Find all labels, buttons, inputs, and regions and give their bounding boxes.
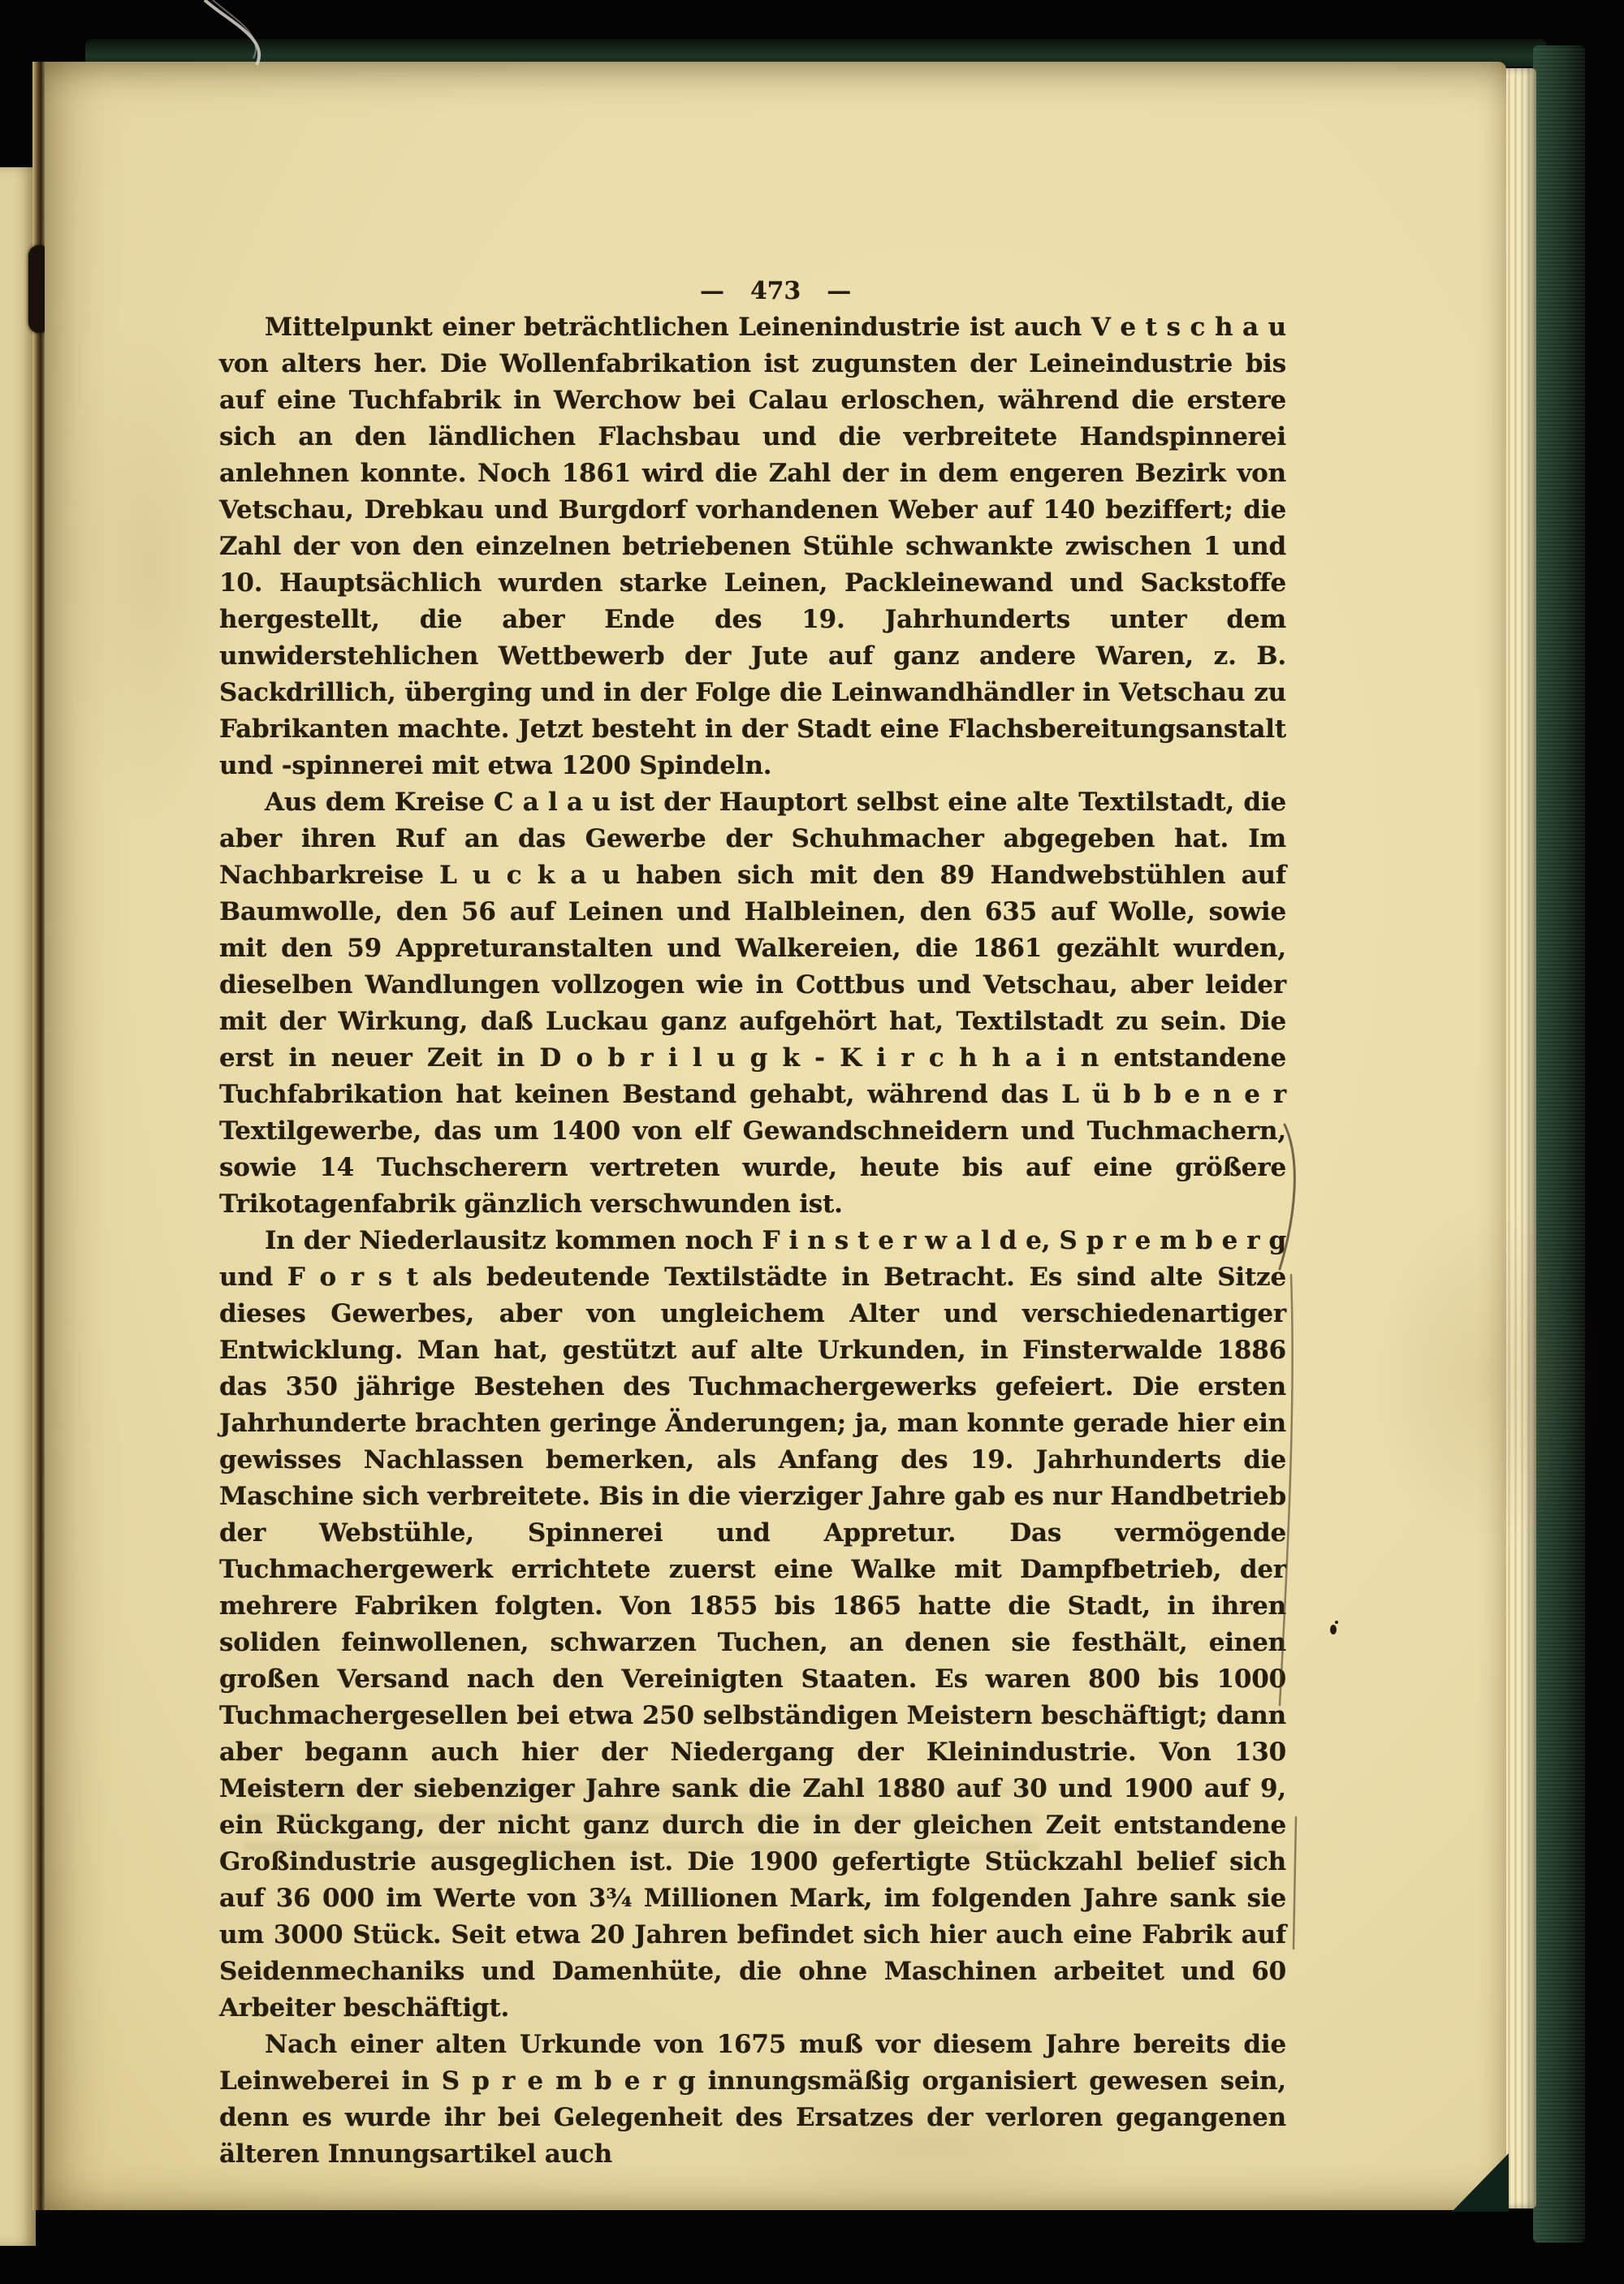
paragraph: In der Niederlausitz kommen noch F i n s… <box>219 1223 1286 2027</box>
book-cover-cloth-right <box>1533 45 1585 2243</box>
page-edge-stack <box>1504 68 1536 2208</box>
book-photograph: — 473 — Mittelpunkt einer beträchtlichen… <box>0 0 1624 2284</box>
paragraph: Mittelpunkt einer beträchtlichen Leineni… <box>219 309 1286 784</box>
page-number: — 473 — <box>219 273 1286 309</box>
paragraph: Aus dem Kreise C a l a u ist der Hauptor… <box>219 784 1286 1223</box>
paragraph: Nach einer alten Urkunde von 1675 muß vo… <box>219 2027 1286 2173</box>
page-text-block: — 473 — Mittelpunkt einer beträchtlichen… <box>219 273 1286 2173</box>
adjacent-page-edge <box>0 167 36 2246</box>
